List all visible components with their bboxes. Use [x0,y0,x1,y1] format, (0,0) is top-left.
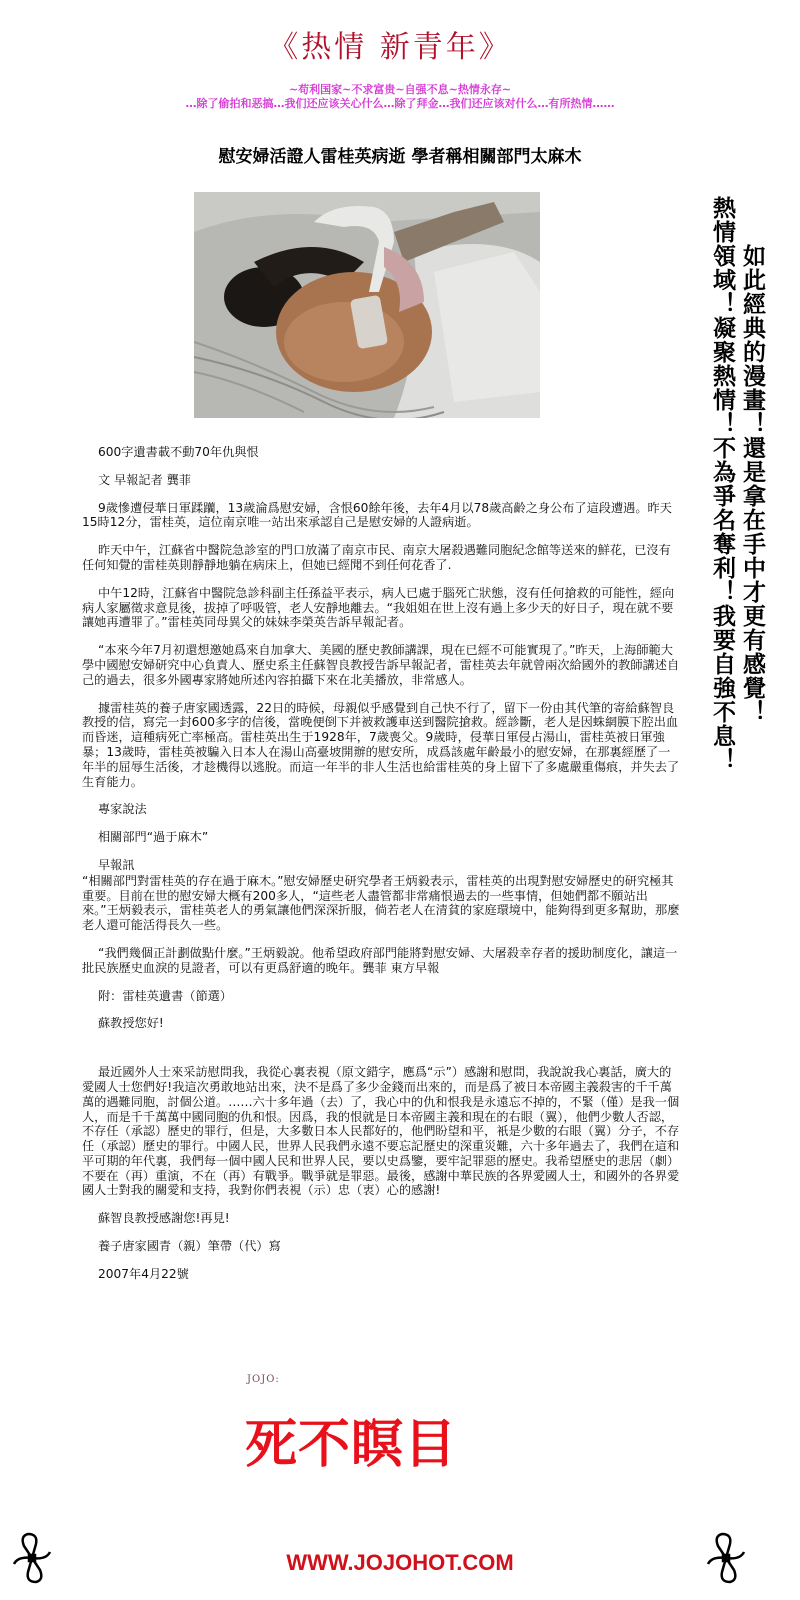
article-paragraph: 據雷桂英的養子唐家國透露，22日的時候，母親似乎感覺到自己快不行了，留下一份由其… [82,701,682,790]
article-subtitle: 600字遺書載不動70年仇與恨 [82,445,682,460]
expert-paragraph: “我們幾個正計劃做點什麼。”王炳毅說。他希望政府部門能將對慰安婦、大屠殺幸存者的… [82,946,682,976]
section-title: 專家說法 [82,802,682,817]
article-paragraph: “本來今年7月初還想邀她爲來自加拿大、美國的歷史教師講課，現在已經不可能實現了。… [82,643,682,687]
article-photo [194,192,540,418]
site-url-link[interactable]: WWW.JOJOHOT.COM [0,1550,800,1576]
article-paragraph: 9歲慘遭侵華日軍蹂躪，13歲淪爲慰安婦，含恨60餘年後，去年4月以78歲高齡之身… [82,501,682,531]
letter-body: 最近國外人士來采訪慰問我，我從心裏表視（原文錯字，應爲“示”）感謝和慰問，我說說… [82,1065,682,1198]
appendix-title: 附：雷桂英遺書（節選） [82,989,682,1004]
patient-photo-illustration [194,192,540,418]
article-byline: 文 早報記者 龔菲 [82,473,682,488]
article-body: 600字遺書載不動70年仇與恨 文 早報記者 龔菲 9歲慘遭侵華日軍蹂躪，13歲… [82,445,682,1295]
vertical-slogan-right: 如此經典的漫畫！還是拿在手中才更有感覺！ [738,244,765,724]
letter-signature: 養子唐家國青（親）筆帶（代）寫 [82,1239,682,1254]
slogan-line-2: …除了偷拍和恶搞…我们还应该关心什么…除了拜金…我们还应该对什么…有所热情…… [0,95,800,111]
site-title: 《热情 新青年》 [240,22,540,66]
article-headline: 慰安婦活證人雷桂英病逝 學者稱相關部門太麻木 [0,142,800,167]
expert-paragraph: “相關部門對雷桂英的存在過于麻木。”慰安婦歷史研究學者王炳毅表示，雷桂英的出現對… [82,874,682,933]
big-red-caption: 死不瞑目 [245,1402,457,1477]
article-paragraph: 昨天中午，江蘇省中醫院急診室的門口放滿了南京市民、南京大屠殺遇難同胞紀念館等送來… [82,543,682,573]
decorative-flourish-icon [10,1528,54,1588]
decorative-flourish-icon [704,1528,748,1588]
source-tag: 早報訊 [82,858,682,873]
letter-date: 2007年4月22號 [82,1267,682,1282]
article-paragraph: 中午12時，江蘇省中醫院急診科副主任孫益平表示，病人已處于腦死亡狀態，沒有任何搶… [82,586,682,630]
vertical-slogan-left: 熱情領域！凝聚熱情！不為爭名奪利！我要自強不息！ [708,196,735,772]
letter-closing: 蘇智良教授感謝您!再見! [82,1211,682,1226]
section-subtitle: 相關部門“過于麻木” [82,830,682,845]
jojo-label: JOJO: [247,1374,280,1385]
letter-salutation: 蘇教授您好! [82,1016,682,1031]
